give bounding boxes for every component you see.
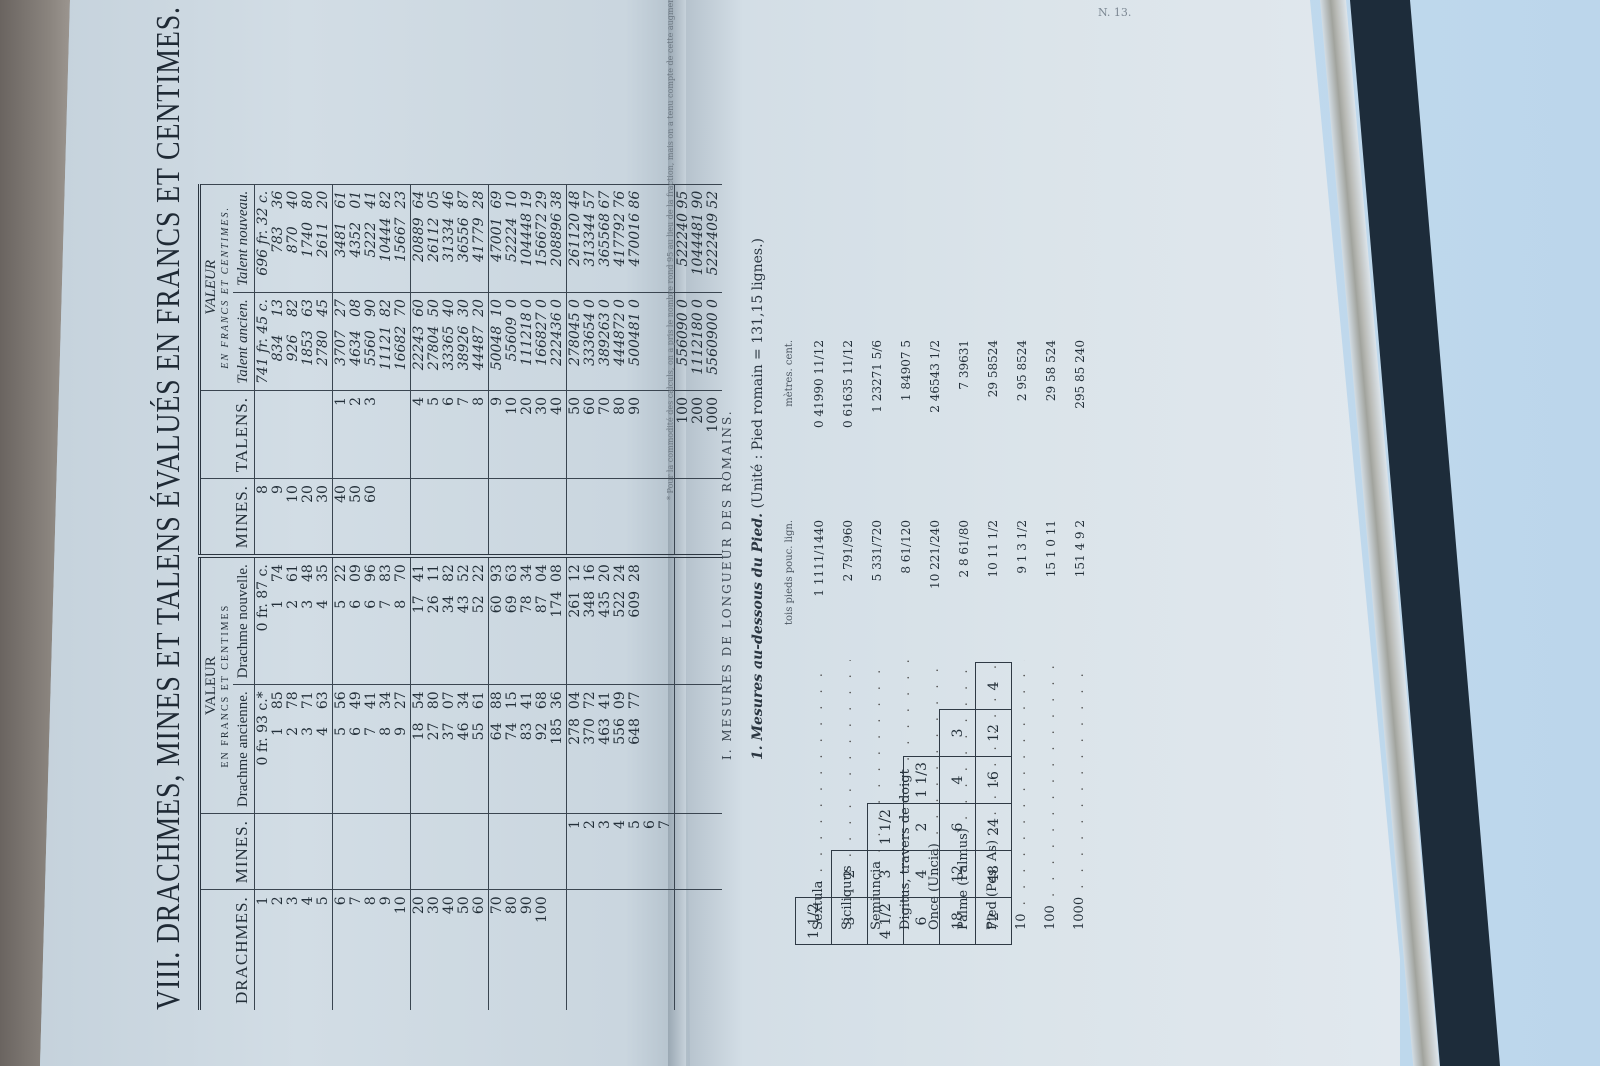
cell-mines <box>255 814 333 890</box>
cell-drachme-nouvelle: 261 12 348 16 435 20 522 24 609 28 <box>567 556 675 685</box>
cell-drachme-ancienne: 5 56 6 49 7 41 8 34 9 27 <box>333 685 411 814</box>
cell-talens <box>255 391 333 479</box>
col-metric: mètres. cent. <box>784 340 795 520</box>
cell-talent-ancien: 22243 60 27804 50 33365 40 38926 30 4448… <box>411 293 489 391</box>
ratio-table: 1 1/2 32 4 1/231 1/2 6421 1/3 1812643 72… <box>795 662 1012 945</box>
cell-talent-ancien: 278045 0 333654 0 389263 0 444872 0 5004… <box>567 293 675 391</box>
cell-drachmes: 70 80 90 100 <box>489 890 567 1010</box>
cell-drachmes: 6 7 8 9 10 <box>333 890 411 1010</box>
drachmes-table-block: VIII. DRACHMES, MINES ET TALENS ÉVALUÉS … <box>150 0 722 1010</box>
table-row: 70 80 90 100 64 88 74 15 83 41 92 68 185… <box>489 184 567 1010</box>
footnote: * Pour la commodité des calculs, on a pr… <box>666 0 675 500</box>
drachmes-table: DRACHMES. MINES. VALEUR EN FRANCS ET CEN… <box>198 184 722 1010</box>
table-row: 1812643 <box>940 663 976 945</box>
header-valeur-2: VALEUR EN FRANCS ET CENTIMES. <box>200 184 234 390</box>
header-drachme-ancienne: Drachme ancienne. <box>233 685 255 814</box>
table-title: VIII. DRACHMES, MINES ET TALENS ÉVALUÉS … <box>150 174 188 1010</box>
cell-mines-2: 8 9 10 20 30 <box>255 479 333 557</box>
cell-talent-nouveau: 261120 48 313344 57 365568 67 417792 76 … <box>567 184 675 292</box>
cell-talent-ancien: 50048 10 55609 0 111218 0 166827 0 22243… <box>489 293 567 391</box>
cell-mines-2 <box>489 479 567 557</box>
cell-mines-2 <box>567 479 675 557</box>
cell-talent-nouveau: 20889 64 26112 05 31334 46 36556 87 4177… <box>411 184 489 292</box>
table-row: 1 2 3 4 5 0 fr. 93 c.* 1 85 2 78 3 71 4 … <box>255 184 333 1010</box>
table-row: 1 1/2 <box>796 663 832 945</box>
header-mines-2: MINES. <box>200 479 255 557</box>
cell-talent-nouveau: 47001 69 52224 10 104448 19 156672 29 20… <box>489 184 567 292</box>
cell-talens: 4 5 6 7 8 <box>411 391 489 479</box>
table-row: 6 7 8 9 10 5 56 6 49 7 41 8 34 9 27 5 22… <box>333 184 411 1010</box>
cell-mines: 1 2 3 4 5 6 7 <box>567 814 675 890</box>
cell-talent-ancien: 556090 0 1112180 0 5560900 0 <box>675 293 723 391</box>
list-item: 1000 . . . . . . . . . . . . . . . . . .… <box>1065 70 1094 930</box>
page-number: N. 13. <box>1098 6 1131 19</box>
section-heading-block: I. MESURES DE LONGUEUR DES ROMAINS. 1. M… <box>720 40 766 760</box>
cell-drachme-nouvelle: 0 fr. 87 c. 1 74 2 61 3 48 4 35 <box>255 556 333 685</box>
subtitle-italic: 1. Mesures au-dessous du Pied. <box>750 513 766 760</box>
cell-mines-2: 40 50 60 <box>333 479 411 557</box>
header-talent-ancien: Talent ancien. <box>233 293 255 391</box>
cell-mines-2 <box>675 479 723 557</box>
cell-drachmes: 1 2 3 4 5 <box>255 890 333 1010</box>
cell-drachme-nouvelle: 60 93 69 63 78 34 87 04 174 08 <box>489 556 567 685</box>
cell-drachme-ancienne: 278 04 370 72 463 41 556 09 648 77 <box>567 685 675 814</box>
cell-talens: 100 200 1000 <box>675 391 723 479</box>
cell-drachme-ancienne: 18 54 27 80 37 07 46 34 55 61 <box>411 685 489 814</box>
table-row: 20 30 40 50 60 18 54 27 80 37 07 46 34 5… <box>411 184 489 1010</box>
cell-drachmes <box>675 890 723 1010</box>
cell-mines <box>333 814 411 890</box>
cell-drachme-ancienne <box>675 685 723 814</box>
cell-talent-ancien: 3707 27 4634 08 5560 90 11121 82 16682 7… <box>333 293 411 391</box>
list-item: 100 . . . . . . . . . . . . . . . . . . … <box>1036 70 1065 930</box>
header-drachmes: DRACHMES. <box>200 890 255 1010</box>
cell-drachme-ancienne: 0 fr. 93 c.* 1 85 2 78 3 71 4 63 <box>255 685 333 814</box>
header-talens: TALENS. <box>200 391 255 479</box>
cell-talent-nouveau: 3481 61 4352 01 5222 41 10444 82 15667 2… <box>333 184 411 292</box>
cell-drachmes: 20 30 40 50 60 <box>411 890 489 1010</box>
cell-talent-ancien: 741 fr. 45 c. 834 13 926 82 1853 63 2780… <box>255 293 333 391</box>
header-valeur: VALEUR EN FRANCS ET CENTIMES <box>200 556 234 813</box>
col-old-units: tois pieds pouc. lign. <box>784 520 795 660</box>
table-row: 100 200 1000 556090 0 1112180 0 5560900 … <box>675 184 723 1010</box>
cell-drachme-ancienne: 64 88 74 15 83 41 92 68 185 36 <box>489 685 567 814</box>
cell-mines <box>411 814 489 890</box>
cell-drachme-nouvelle <box>675 556 723 685</box>
subtitle: 1. Mesures au-dessous du Pied. (Unité : … <box>750 40 766 760</box>
cell-talens: 9 10 20 30 40 <box>489 391 567 479</box>
table-row: 1 2 3 4 5 6 7 278 04 370 72 463 41 556 0… <box>567 184 675 1010</box>
subtitle-unit: (Unité : Pied romain = 131,15 lignes.) <box>750 238 766 513</box>
table-row: 6421 1/3 <box>904 663 940 945</box>
cell-talent-nouveau: 696 fr. 32 c. 783 36 870 40 1740 80 2611… <box>255 184 333 292</box>
section-title: I. MESURES DE LONGUEUR DES ROMAINS. <box>720 40 734 760</box>
header-talent-nouveau: Talent nouveau. <box>233 184 255 292</box>
cell-talens: 1 2 3 <box>333 391 411 479</box>
header-drachme-nouvelle: Drachme nouvelle. <box>233 556 255 685</box>
cell-drachme-nouvelle: 5 22 6 09 6 96 7 83 8 70 <box>333 556 411 685</box>
table-row: 32 <box>832 663 868 945</box>
header-mines: MINES. <box>200 814 255 890</box>
table-row: 4 1/231 1/2 <box>868 663 904 945</box>
cell-mines <box>489 814 567 890</box>
cell-mines <box>675 814 723 890</box>
cell-talent-nouveau: 522240 95 1044481 90 5222409 52 <box>675 184 723 292</box>
table-row: 72482416124 <box>976 663 1012 945</box>
cell-mines-2 <box>411 479 489 557</box>
cell-talens: 50 60 70 80 90 <box>567 391 675 479</box>
cell-drachmes <box>567 890 675 1010</box>
cell-drachme-nouvelle: 17 41 26 11 34 82 43 52 52 22 <box>411 556 489 685</box>
